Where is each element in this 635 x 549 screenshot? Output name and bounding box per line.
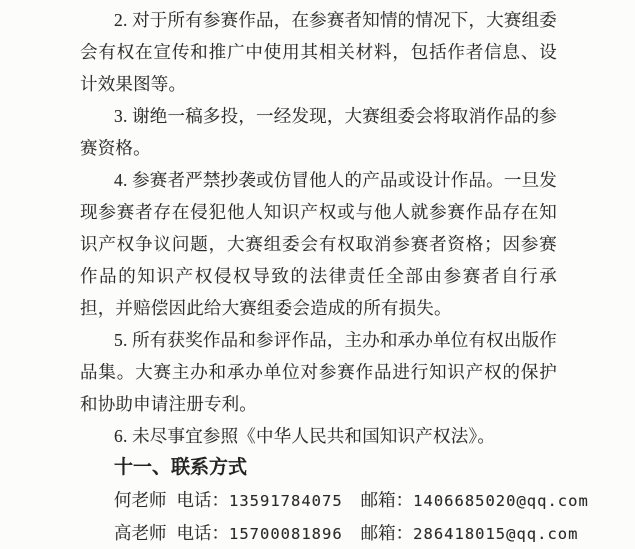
section-heading-contact: 十一、联系方式 bbox=[80, 452, 557, 484]
document-content: 2. 对于所有参赛作品，在参赛者知情的情况下，大赛组委会有权在宣传和推广中使用其… bbox=[80, 4, 557, 549]
contact-email-address: 286418015@qq.com bbox=[413, 525, 578, 543]
contact-name: 高老师 bbox=[114, 523, 167, 543]
contact-row: 何老师电话：13591784075邮箱：1406685020@qq.com bbox=[80, 484, 557, 517]
contact-email-label: 邮箱： bbox=[361, 490, 414, 510]
contact-name: 何老师 bbox=[114, 490, 167, 510]
contact-row: 高老师电话：15700081896邮箱：286418015@qq.com bbox=[80, 517, 557, 549]
contact-phone-number: 15700081896 bbox=[229, 525, 343, 543]
document-page: 2. 对于所有参赛作品，在参赛者知情的情况下，大赛组委会有权在宣传和推广中使用其… bbox=[0, 0, 635, 549]
contact-phone-label: 电话： bbox=[177, 490, 230, 510]
contact-phone-label: 电话： bbox=[177, 523, 230, 543]
contact-email-address: 1406685020@qq.com bbox=[413, 492, 589, 510]
contact-email-label: 邮箱： bbox=[361, 523, 414, 543]
paragraph-rule-4: 4. 参赛者严禁抄袭或仿冒他人的产品或设计作品。一旦发现参赛者存在侵犯他人知识产… bbox=[80, 164, 557, 324]
contact-phone-number: 13591784075 bbox=[229, 492, 343, 510]
paragraph-rule-2: 2. 对于所有参赛作品，在参赛者知情的情况下，大赛组委会有权在宣传和推广中使用其… bbox=[80, 4, 557, 100]
paragraph-rule-5: 5. 所有获奖作品和参评作品，主办和承办单位有权出版作品集。大赛主办和承办单位对… bbox=[80, 324, 557, 420]
paragraph-rule-3: 3. 谢绝一稿多投，一经发现，大赛组委会将取消作品的参赛资格。 bbox=[80, 100, 557, 164]
paragraph-rule-6: 6. 未尽事宜参照《中华人民共和国知识产权法》。 bbox=[80, 420, 557, 452]
